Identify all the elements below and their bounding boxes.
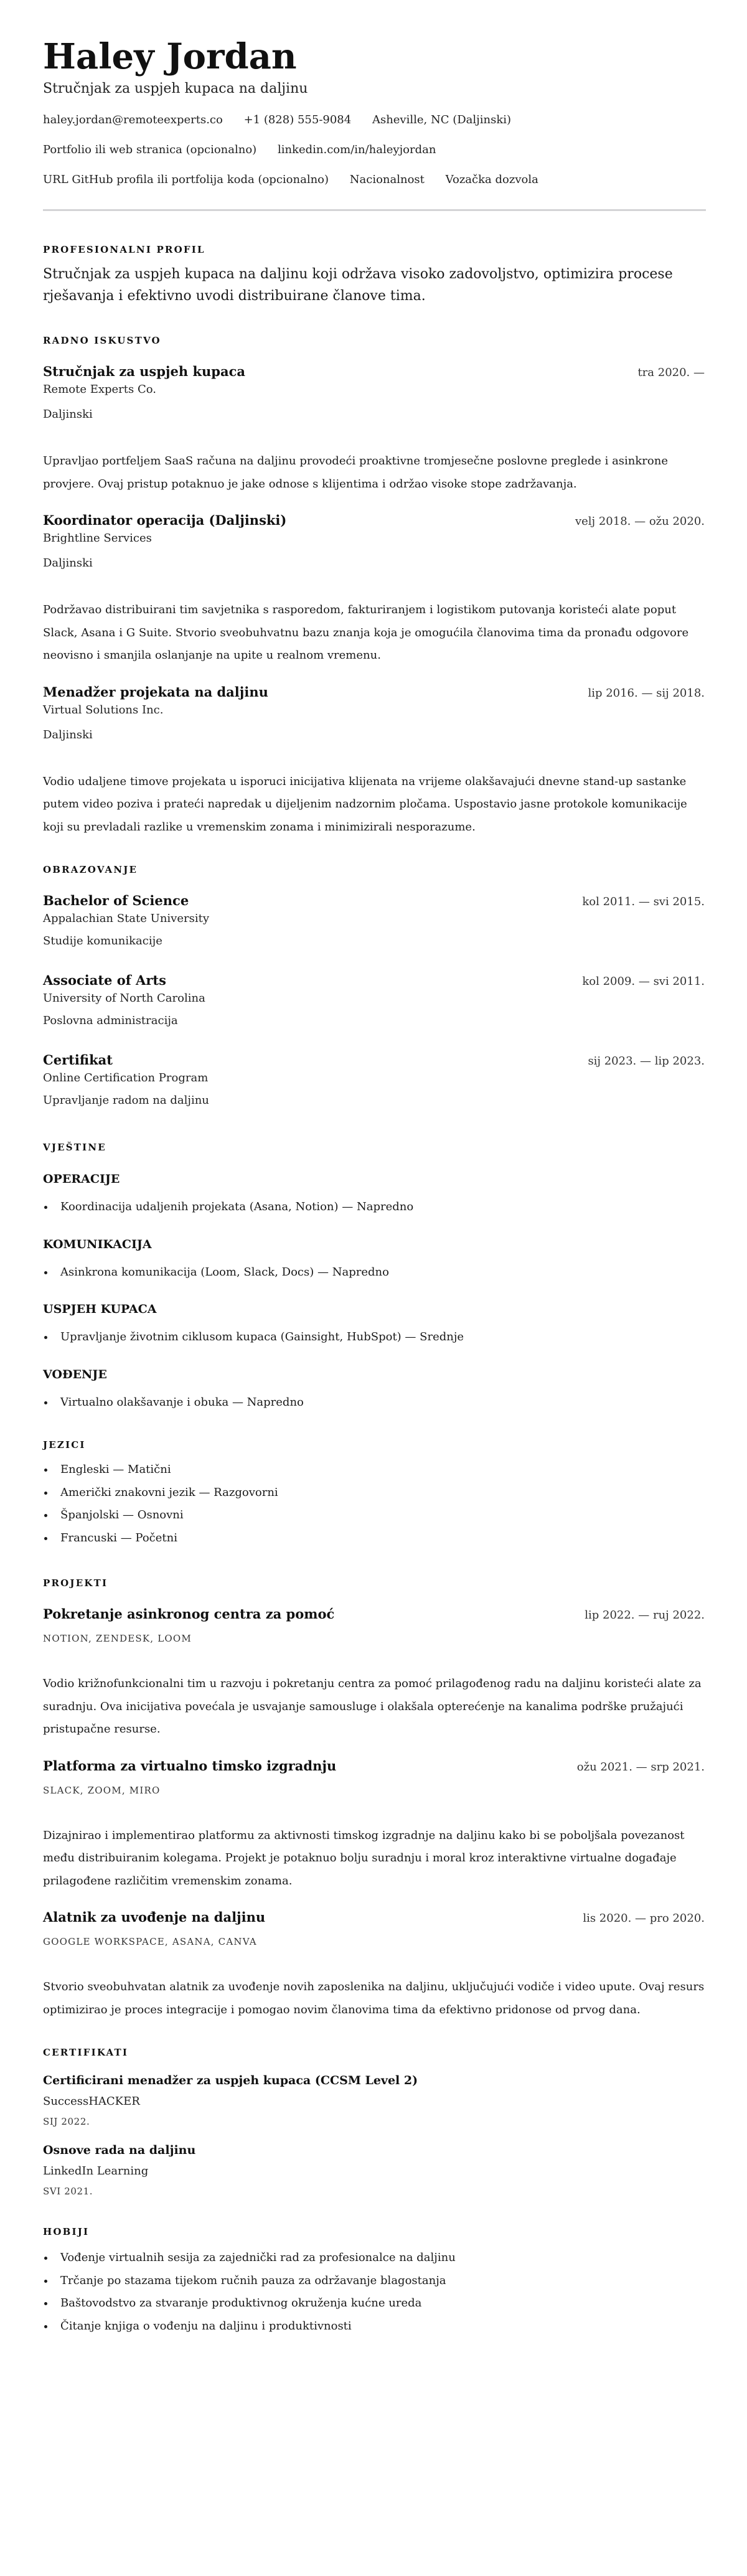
project-tech-tags: Notion, Zendesk, Loom [43, 1632, 705, 1645]
education-dates: kol 2011. — svi 2015. [582, 893, 705, 911]
project-entry: Pokretanje asinkronog centra za pomoć li… [43, 1605, 705, 1741]
section-title: Obrazovanje [43, 863, 705, 876]
contact-drivers-license: Vozačka dozvola [446, 173, 538, 186]
project-entry: Platforma za virtualno timsko izgradnju … [43, 1757, 705, 1893]
certification-date: sij 2022. [43, 2115, 705, 2128]
contact-linkedin[interactable]: linkedin.com/in/haleyjordan [278, 143, 436, 156]
profile-summary: Stručnjak za uspjeh kupaca na daljinu ko… [43, 263, 705, 307]
language-item: Francuski — Početni [43, 1527, 705, 1550]
skill-list: Koordinacija udaljenih projekata (Asana,… [43, 1196, 705, 1219]
experience-entry: Stručnjak za uspjeh kupaca tra 2020. — R… [43, 363, 705, 496]
hobby-list: Vođenje virtualnih sesija za zajednički … [43, 2247, 705, 2338]
certifications-section: Certifikati Certificirani menadžer za us… [43, 2046, 705, 2198]
section-title: Certifikati [43, 2046, 705, 2059]
project-dates: lis 2020. — pro 2020. [583, 1910, 705, 1927]
language-item: Engleski — Matični [43, 1459, 705, 1482]
job-location: Daljinski [43, 555, 705, 571]
hobby-item: Vođenje virtualnih sesija za zajednički … [43, 2247, 705, 2270]
job-description: Vodio udaljene timove projekata u isporu… [43, 771, 705, 839]
degree: Bachelor of Science [43, 892, 189, 910]
skill-item: Asinkrona komunikacija (Loom, Slack, Doc… [43, 1261, 705, 1284]
skill-list: Virtualno olakšavanje i obuka — Napredno [43, 1391, 705, 1414]
education-list: Bachelor of Science kol 2011. — svi 2015… [43, 892, 705, 1109]
project-dates: lip 2022. — ruj 2022. [585, 1607, 705, 1624]
candidate-name: Haley Jordan [43, 35, 705, 78]
header-divider [43, 209, 706, 211]
contact-github[interactable]: URL GitHub profila ili portfolija koda (… [43, 173, 329, 186]
project-dates: ožu 2021. — srp 2021. [577, 1759, 705, 1776]
contact-phone[interactable]: +1 (828) 555-9084 [244, 113, 352, 126]
section-title: Profesionalni profil [43, 243, 705, 256]
skill-list: Upravljanje životnim ciklusom kupaca (Ga… [43, 1326, 705, 1349]
project-entry: Alatnik za uvođenje na daljinu lis 2020.… [43, 1909, 705, 2021]
contact-row: Portfolio ili web stranica (opcionalno) … [43, 142, 705, 158]
field-of-study: Studije komunikacije [43, 933, 705, 949]
certification-list: Certificirani menadžer za uspjeh kupaca … [43, 2072, 705, 2198]
certification-name: Osnove rada na daljinu [43, 2142, 705, 2158]
section-title: Hobiji [43, 2226, 705, 2238]
section-title: Radno iskustvo [43, 334, 705, 347]
education-entry: Certifikat sij 2023. — lip 2023. Online … [43, 1051, 705, 1109]
education-entry: Bachelor of Science kol 2011. — svi 2015… [43, 892, 705, 949]
hobbies-section: Hobiji Vođenje virtualnih sesija za zaje… [43, 2226, 705, 2338]
project-tech-tags: Slack, Zoom, Miro [43, 1784, 705, 1797]
hobby-item: Čitanje knjiga o vođenju na daljinu i pr… [43, 2315, 705, 2338]
skill-item: Upravljanje životnim ciklusom kupaca (Ga… [43, 1326, 705, 1349]
contact-row: URL GitHub profila ili portfolija koda (… [43, 172, 705, 188]
skill-group: Vođenje Virtualno olakšavanje i obuka — … [43, 1366, 705, 1414]
skill-group-title: Vođenje [43, 1366, 705, 1383]
section-title: Projekti [43, 1577, 705, 1589]
experience-entry: Menadžer projekata na daljinu lip 2016. … [43, 684, 705, 839]
language-item: Španjolski — Osnovni [43, 1504, 705, 1527]
skill-group: Komunikacija Asinkrona komunikacija (Loo… [43, 1236, 705, 1284]
language-list: Engleski — Matični Američki znakovni jez… [43, 1459, 705, 1549]
project-tech-tags: Google Workspace, Asana, Canva [43, 1935, 705, 1948]
school: Appalachian State University [43, 911, 705, 927]
job-company: Remote Experts Co. [43, 382, 705, 398]
job-company: Brightline Services [43, 530, 705, 547]
field-of-study: Upravljanje radom na daljinu [43, 1093, 705, 1109]
job-location: Daljinski [43, 727, 705, 743]
profile-section: Profesionalni profil Stručnjak za uspjeh… [43, 243, 705, 307]
certification-name: Certificirani menadžer za uspjeh kupaca … [43, 2072, 705, 2089]
candidate-headline: Stručnjak za uspjeh kupaca na daljinu [43, 80, 705, 98]
project-name: Platforma za virtualno timsko izgradnju [43, 1757, 336, 1775]
projects-section: Projekti Pokretanje asinkronog centra za… [43, 1577, 705, 2021]
degree: Certifikat [43, 1051, 113, 1069]
resume-page: Haley Jordan Stručnjak za uspjeh kupaca … [43, 0, 705, 2338]
hobby-item: Baštovodstvo za stvaranje produktivnog o… [43, 2292, 705, 2315]
experience-section: Radno iskustvo Stručnjak za uspjeh kupac… [43, 334, 705, 839]
section-title: Jezici [43, 1439, 705, 1451]
education-section: Obrazovanje Bachelor of Science kol 2011… [43, 863, 705, 1109]
contact-portfolio[interactable]: Portfolio ili web stranica (opcionalno) [43, 143, 256, 156]
school: Online Certification Program [43, 1070, 705, 1086]
certification-date: svi 2021. [43, 2184, 705, 2198]
project-description: Stvorio sveobuhvatan alatnik za uvođenje… [43, 1976, 705, 2021]
job-title: Menadžer projekata na daljinu [43, 684, 268, 701]
job-location: Daljinski [43, 407, 705, 423]
job-title: Stručnjak za uspjeh kupaca [43, 363, 245, 380]
project-list: Pokretanje asinkronog centra za pomoć li… [43, 1605, 705, 2021]
certification-issuer: SuccessHACKER [43, 2094, 705, 2110]
skill-group-title: Komunikacija [43, 1236, 705, 1253]
project-name: Alatnik za uvođenje na daljinu [43, 1909, 265, 1926]
project-name: Pokretanje asinkronog centra za pomoć [43, 1605, 334, 1623]
project-description: Vodio križnofunkcionalni tim u razvoju i… [43, 1673, 705, 1741]
job-description: Upravljao portfeljem SaaS računa na dalj… [43, 450, 705, 496]
skill-group: Uspjeh kupaca Upravljanje životnim ciklu… [43, 1301, 705, 1349]
school: University of North Carolina [43, 990, 705, 1007]
languages-section: Jezici Engleski — Matični Američki znako… [43, 1439, 705, 1549]
education-entry: Associate of Arts kol 2009. — svi 2011. … [43, 972, 705, 1029]
contact-location: Asheville, NC (Daljinski) [372, 113, 511, 126]
education-dates: kol 2009. — svi 2011. [582, 973, 705, 990]
certification-issuer: LinkedIn Learning [43, 2163, 705, 2179]
skill-group: Operacije Koordinacija udaljenih projeka… [43, 1171, 705, 1219]
resume-header: Haley Jordan Stručnjak za uspjeh kupaca … [43, 35, 705, 211]
experience-entry: Koordinator operacija (Daljinski) velj 2… [43, 512, 705, 667]
job-dates: lip 2016. — sij 2018. [588, 685, 705, 702]
job-dates: tra 2020. — [637, 364, 705, 382]
degree: Associate of Arts [43, 972, 166, 989]
skill-group-title: Uspjeh kupaca [43, 1301, 705, 1317]
job-description: Podržavao distribuirani tim savjetnika s… [43, 599, 705, 667]
contact-email[interactable]: haley.jordan@remoteexperts.co [43, 113, 223, 126]
experience-list: Stručnjak za uspjeh kupaca tra 2020. — R… [43, 363, 705, 839]
language-item: Američki znakovni jezik — Razgovorni [43, 1482, 705, 1505]
field-of-study: Poslovna administracija [43, 1013, 705, 1029]
job-title: Koordinator operacija (Daljinski) [43, 512, 286, 529]
job-company: Virtual Solutions Inc. [43, 702, 705, 718]
section-title: Vještine [43, 1141, 705, 1154]
skill-group-title: Operacije [43, 1171, 705, 1187]
contact-nationality: Nacionalnost [350, 173, 425, 186]
certification-entry: Osnove rada na daljinu LinkedIn Learning… [43, 2142, 705, 2198]
education-dates: sij 2023. — lip 2023. [588, 1053, 705, 1070]
skill-item: Virtualno olakšavanje i obuka — Napredno [43, 1391, 705, 1414]
project-description: Dizajnirao i implementirao platformu za … [43, 1825, 705, 1893]
contact-row: haley.jordan@remoteexperts.co +1 (828) 5… [43, 112, 705, 128]
certification-entry: Certificirani menadžer za uspjeh kupaca … [43, 2072, 705, 2128]
skill-list: Asinkrona komunikacija (Loom, Slack, Doc… [43, 1261, 705, 1284]
skills-section: Vještine Operacije Koordinacija udaljeni… [43, 1141, 705, 1414]
skill-item: Koordinacija udaljenih projekata (Asana,… [43, 1196, 705, 1219]
hobby-item: Trčanje po stazama tijekom ručnih pauza … [43, 2270, 705, 2293]
job-dates: velj 2018. — ožu 2020. [575, 513, 705, 530]
